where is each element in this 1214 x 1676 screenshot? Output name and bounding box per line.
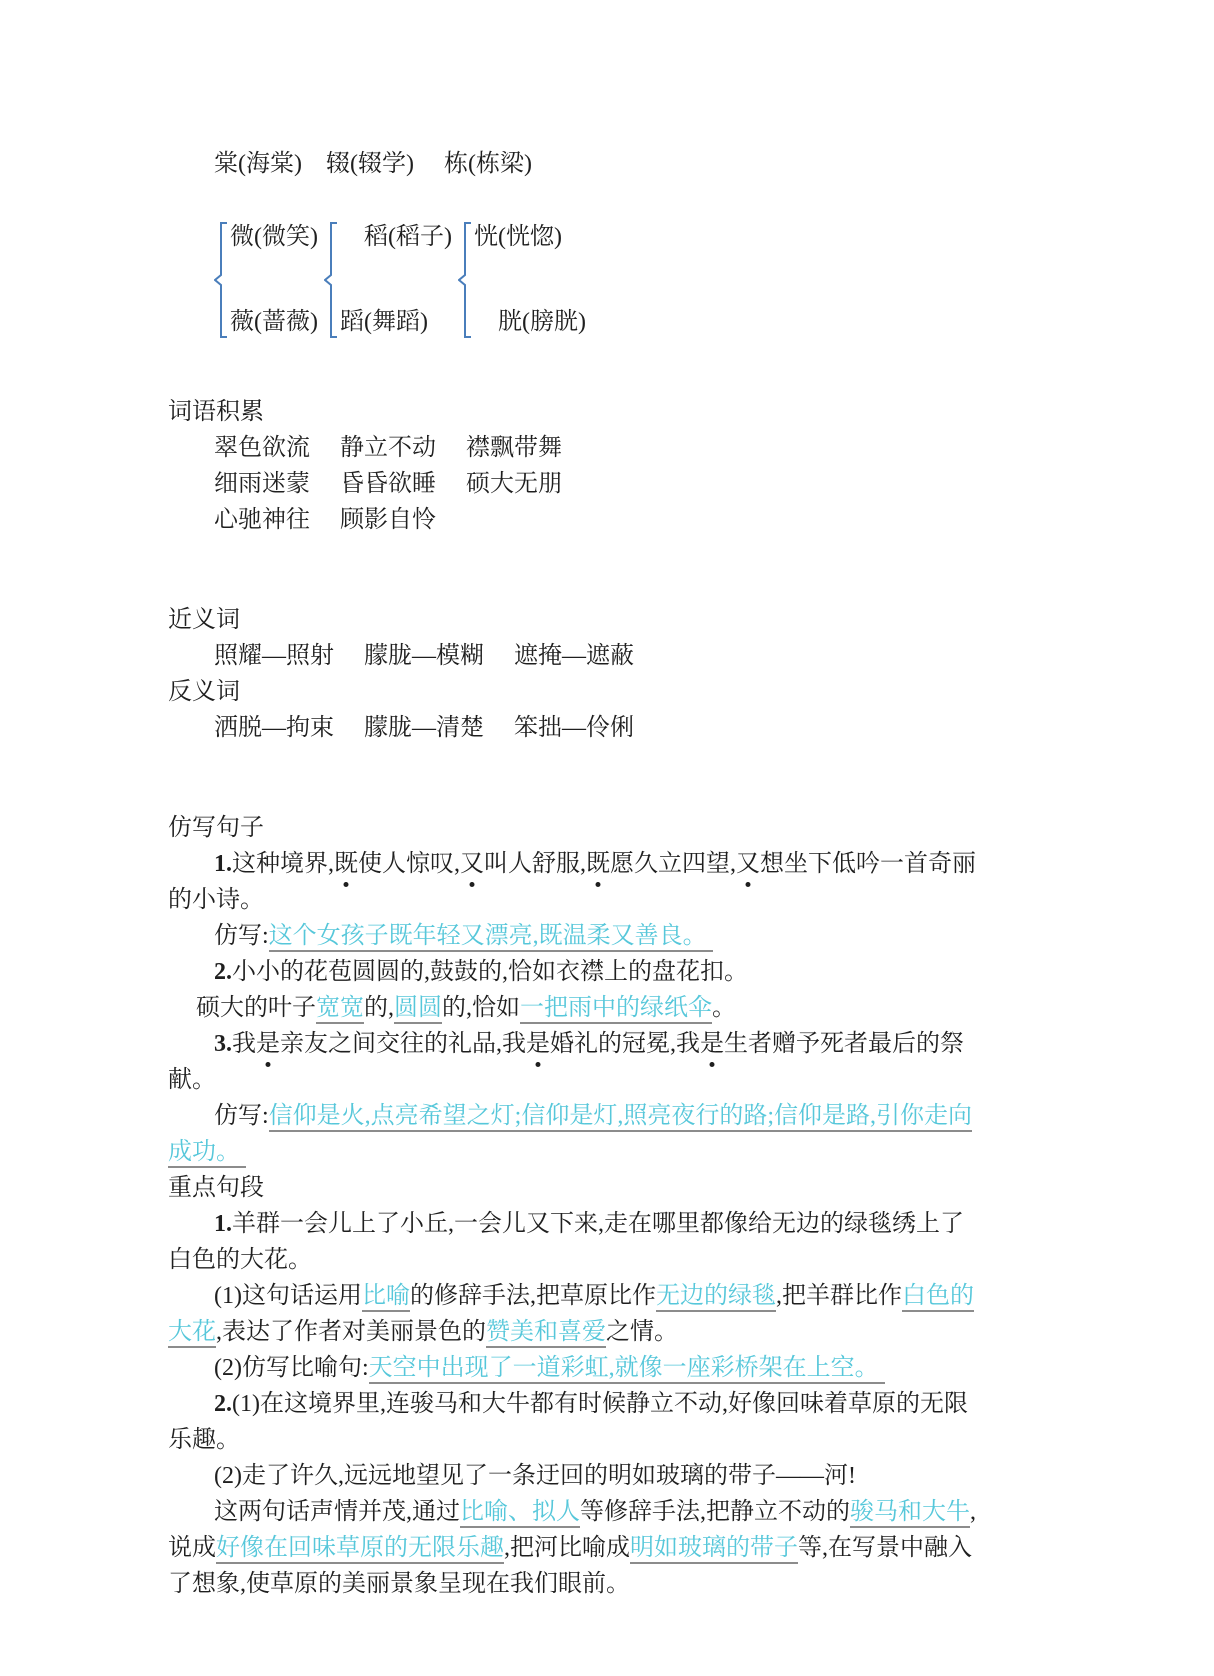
- text-line: 照耀—照射 朦胧—模糊 遮掩—遮蔽: [168, 638, 1064, 674]
- body-text: 近义词: [168, 607, 240, 633]
- body-text: 棠(海棠) 辍(辍学) 栋(栋梁): [214, 151, 532, 177]
- emphasized-char: 既: [334, 846, 358, 882]
- body-text: 亲友之间交往的礼品,我: [280, 1031, 526, 1057]
- text-line: 洒脱—拘束 朦胧—清楚 笨拙—伶俐: [168, 710, 1064, 746]
- body-text: 反义词: [168, 679, 240, 705]
- body-text: 生者赠予死者最后的祭: [724, 1031, 964, 1057]
- left-bracket-icon: [324, 222, 338, 338]
- text-line: 仿写:这个女孩子既年轻又漂亮,既温柔又善良。: [168, 918, 1064, 954]
- section-heading-words: 词语积累: [168, 394, 1064, 430]
- answer-text: 信仰是火,点亮希望之灯;信仰是灯,照亮夜行的路;信仰是路,引你走向: [269, 1103, 972, 1132]
- document-page: 棠(海棠) 辍(辍学) 栋(栋梁)微(微笑)薇(蔷薇)稻(稻子)蹈(舞蹈)恍(恍…: [0, 0, 1214, 1676]
- left-bracket-icon: [458, 222, 472, 338]
- item-number: 1.: [214, 851, 232, 877]
- body-text: 愿久立四望,: [610, 851, 736, 877]
- word-entry-bottom: 胱(膀胱): [474, 307, 586, 338]
- body-text: 词语积累: [168, 399, 264, 425]
- text-line: 献。: [168, 1062, 1064, 1098]
- body-text: 仿写:: [214, 1103, 269, 1129]
- text-line: 1.羊群一会儿上了小丘,一会儿又下来,走在哪里都像给无边的绿毯绣上了: [168, 1206, 1064, 1242]
- item-number: 2.: [214, 1391, 232, 1417]
- item-number: 2.: [214, 959, 232, 985]
- bracket-entries: 稻(稻子)蹈(舞蹈): [340, 222, 452, 338]
- emphasized-char: 是: [526, 1026, 550, 1062]
- text-line: 硕大的叶子宽宽的,圆圆的,恰如一把雨中的绿纸伞。: [168, 990, 1064, 1026]
- body-text: 等修辞手法,把静立不动的: [580, 1499, 850, 1525]
- body-text: 。: [712, 995, 736, 1021]
- left-bracket-icon: [214, 222, 228, 338]
- answer-text: 比喻、拟人: [460, 1499, 580, 1528]
- body-text: 想坐下低吟一首奇丽: [760, 851, 976, 877]
- text-line: 3.我是亲友之间交往的礼品,我是婚礼的冠冕,我是生者赠予死者最后的祭: [168, 1026, 1064, 1062]
- body-text: 心驰神往 顾影自怜: [214, 507, 436, 533]
- section-heading-synonyms: 近义词: [168, 602, 1064, 638]
- answer-text: 白色的: [902, 1283, 974, 1312]
- body-text: 羊群一会儿上了小丘,一会儿又下来,走在哪里都像给无边的绿毯绣上了: [232, 1211, 964, 1237]
- body-text: 这种境界,: [232, 851, 334, 877]
- text-line: 的小诗。: [168, 882, 1064, 918]
- text-line: (2)走了许久,远远地望见了一条迂回的明如玻璃的带子——河!: [168, 1458, 1064, 1494]
- answer-text: 成功。: [168, 1139, 246, 1168]
- body-text: 小小的花苞圆圆的,鼓鼓的,恰如衣襟上的盘花扣。: [232, 959, 748, 985]
- body-text: 乐趣。: [168, 1427, 240, 1453]
- body-text: 等,在写景中融入: [798, 1535, 972, 1561]
- answer-text: 圆圆: [394, 995, 442, 1024]
- answer-text: 好像在回味草原的无限乐趣: [216, 1535, 504, 1564]
- text-line: 2.(1)在这境界里,连骏马和大牛都有时候静立不动,好像回味着草原的无限: [168, 1386, 1064, 1422]
- body-text: 的,: [364, 995, 394, 1021]
- body-text: 重点句段: [168, 1175, 264, 1201]
- body-text: 的,恰如: [442, 995, 520, 1021]
- body-text: 洒脱—拘束 朦胧—清楚 笨拙—伶俐: [214, 715, 634, 741]
- spacer: [168, 538, 1064, 602]
- body-text: 之情。: [606, 1319, 678, 1345]
- document-body: 棠(海棠) 辍(辍学) 栋(栋梁)微(微笑)薇(蔷薇)稻(稻子)蹈(舞蹈)恍(恍…: [168, 146, 1064, 1602]
- text-line: 2.小小的花苞圆圆的,鼓鼓的,恰如衣襟上的盘花扣。: [168, 954, 1064, 990]
- answer-text: 天空中出现了一道彩虹,就像一座彩桥架在上空。: [369, 1355, 885, 1384]
- body-text: ,表达了作者对美丽景色的: [216, 1319, 486, 1345]
- text-line: 1.这种境界,既使人惊叹,又叫人舒服,既愿久立四望,又想坐下低吟一首奇丽: [168, 846, 1064, 882]
- body-text: 照耀—照射 朦胧—模糊 遮掩—遮蔽: [214, 643, 634, 669]
- answer-text: 宽宽: [316, 995, 364, 1024]
- body-text: 了想象,使草原的美丽景象呈现在我们眼前。: [168, 1571, 630, 1597]
- text-line: 大花,表达了作者对美丽景色的赞美和喜爱之情。: [168, 1314, 1064, 1350]
- body-text: 仿写:: [214, 923, 269, 949]
- body-text: (1)这句话运用: [214, 1283, 362, 1309]
- text-line: 乐趣。: [168, 1422, 1064, 1458]
- bracket-group: 恍(恍惚)胱(膀胱): [458, 222, 586, 338]
- word-entry-top: 微(微笑): [230, 222, 318, 253]
- emphasized-char: 是: [700, 1026, 724, 1062]
- word-entry-top: 稻(稻子): [340, 222, 452, 253]
- answer-text: 赞美和喜爱: [486, 1319, 606, 1348]
- emphasized-char: 既: [586, 846, 610, 882]
- body-text: 献。: [168, 1067, 216, 1093]
- emphasized-char: 又: [460, 846, 484, 882]
- body-text: 使人惊叹,: [358, 851, 460, 877]
- body-text: 的小诗。: [168, 887, 264, 913]
- word-entry-bottom: 薇(蔷薇): [230, 307, 318, 338]
- body-text: 说成: [168, 1535, 216, 1561]
- emphasized-char: 又: [736, 846, 760, 882]
- text-line: 了想象,使草原的美丽景象呈现在我们眼前。: [168, 1566, 1064, 1602]
- body-text: 我: [232, 1031, 256, 1057]
- answer-text: 这个女孩子既年轻又漂亮,既温柔又善良。: [269, 923, 713, 952]
- text-line: 成功。: [168, 1134, 1064, 1170]
- body-text: 白色的大花。: [168, 1247, 312, 1273]
- text-line: 翠色欲流 静立不动 襟飘带舞: [168, 430, 1064, 466]
- text-line: 细雨迷蒙 昏昏欲睡 硕大无朋: [168, 466, 1064, 502]
- bracket-entries: 微(微笑)薇(蔷薇): [230, 222, 318, 338]
- body-text: (2)仿写比喻句:: [214, 1355, 369, 1381]
- body-text: 叫人舒服,: [484, 851, 586, 877]
- body-text: (1)在这境界里,连骏马和大牛都有时候静立不动,好像回味着草原的无限: [232, 1391, 968, 1417]
- text-line: 这两句话声情并茂,通过比喻、拟人等修辞手法,把静立不动的骏马和大牛,: [168, 1494, 1064, 1530]
- spacer: [168, 746, 1064, 810]
- bracket-entries: 恍(恍惚)胱(膀胱): [474, 222, 586, 338]
- bracket-group: 稻(稻子)蹈(舞蹈): [324, 222, 452, 338]
- text-line: 说成好像在回味草原的无限乐趣,把河比喻成明如玻璃的带子等,在写景中融入: [168, 1530, 1064, 1566]
- spacer: [168, 182, 1064, 222]
- text-line: 仿写:信仰是火,点亮希望之灯;信仰是灯,照亮夜行的路;信仰是路,引你走向: [168, 1098, 1064, 1134]
- char-compare-row: 棠(海棠) 辍(辍学) 栋(栋梁): [168, 146, 1064, 182]
- body-text: ,: [970, 1499, 976, 1525]
- body-text: 仿写句子: [168, 815, 264, 841]
- word-entry-top: 恍(恍惚): [474, 222, 586, 253]
- answer-text: 比喻: [362, 1283, 410, 1312]
- emphasized-char: 是: [256, 1026, 280, 1062]
- spacer: [168, 338, 1064, 394]
- body-text: (2)走了许久,远远地望见了一条迂回的明如玻璃的带子——河!: [214, 1463, 856, 1489]
- text-line: 白色的大花。: [168, 1242, 1064, 1278]
- body-text: ,把河比喻成: [504, 1535, 630, 1561]
- answer-text: 骏马和大牛: [850, 1499, 970, 1528]
- text-line: 心驰神往 顾影自怜: [168, 502, 1064, 538]
- section-heading-key-sentences: 重点句段: [168, 1170, 1064, 1206]
- body-text: 的修辞手法,把草原比作: [410, 1283, 656, 1309]
- body-text: 翠色欲流 静立不动 襟飘带舞: [214, 435, 562, 461]
- body-text: 婚礼的冠冕,我: [550, 1031, 700, 1057]
- answer-text: 明如玻璃的带子: [630, 1535, 798, 1564]
- word-entry-bottom: 蹈(舞蹈): [340, 307, 452, 338]
- char-family-groups: 微(微笑)薇(蔷薇)稻(稻子)蹈(舞蹈)恍(恍惚)胱(膀胱): [214, 222, 1064, 338]
- section-heading-imitation: 仿写句子: [168, 810, 1064, 846]
- item-number: 1.: [214, 1211, 232, 1237]
- text-line: (2)仿写比喻句:天空中出现了一道彩虹,就像一座彩桥架在上空。: [168, 1350, 1064, 1386]
- section-heading-antonyms: 反义词: [168, 674, 1064, 710]
- answer-text: 无边的绿毯: [656, 1283, 776, 1312]
- item-number: 3.: [214, 1031, 232, 1057]
- answer-text: 大花: [168, 1319, 216, 1348]
- body-text: 细雨迷蒙 昏昏欲睡 硕大无朋: [214, 471, 562, 497]
- answer-text: 一把雨中的绿纸伞: [520, 995, 712, 1024]
- body-text: ,把羊群比作: [776, 1283, 902, 1309]
- bracket-group: 微(微笑)薇(蔷薇): [214, 222, 318, 338]
- body-text: 硕大的叶子: [196, 995, 316, 1021]
- text-line: (1)这句话运用比喻的修辞手法,把草原比作无边的绿毯,把羊群比作白色的: [168, 1278, 1064, 1314]
- body-text: 这两句话声情并茂,通过: [214, 1499, 460, 1525]
